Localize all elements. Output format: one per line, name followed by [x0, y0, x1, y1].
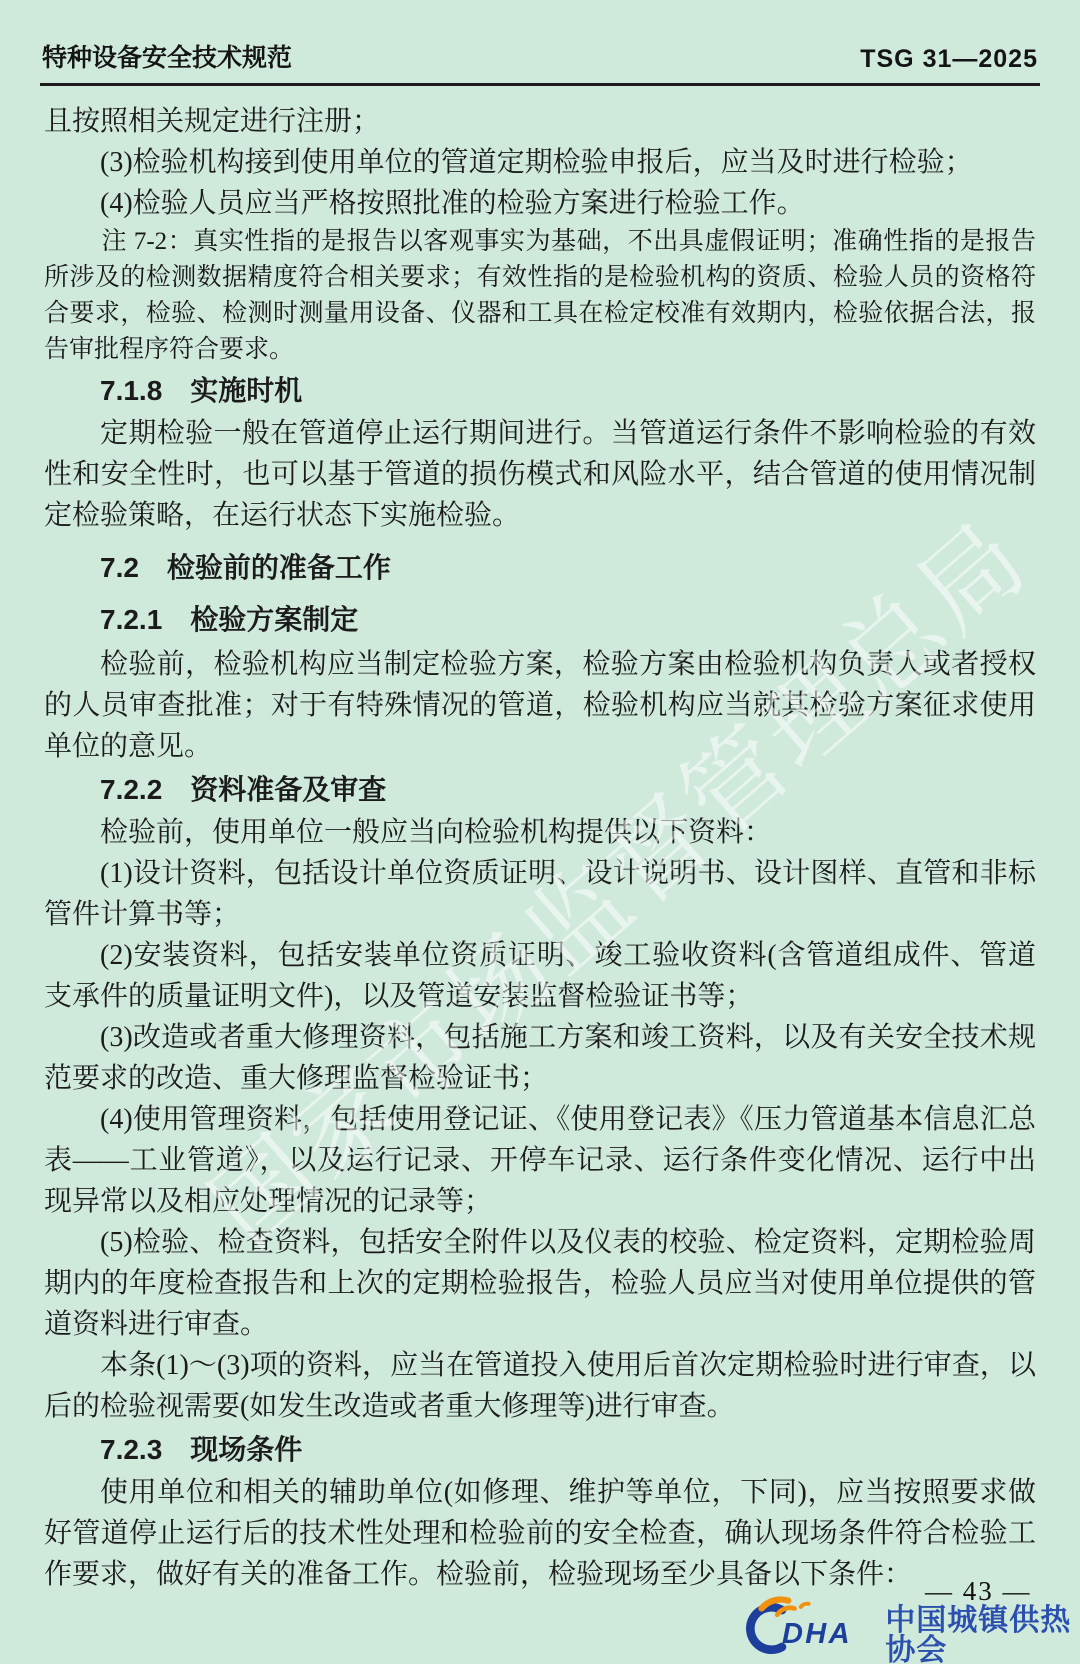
- paragraph: (1)设计资料，包括设计单位资质证明、设计说明书、设计图样、直管和非标管件计算书…: [44, 853, 1036, 935]
- document-page: 国家市场监督管理总局 特种设备安全技术规范 TSG 31—2025 且按照相关规…: [0, 0, 1080, 1664]
- paragraph: 检验前，使用单位一般应当向检验机构提供以下资料：: [44, 812, 1036, 853]
- paragraph: 检验前，检验机构应当制定检验方案，检验方案由检验机构负责人或者授权的人员审查批准…: [44, 644, 1036, 767]
- section-heading: 7.2.3 现场条件: [44, 1429, 1036, 1470]
- dha-logo-icon: DHA: [738, 1589, 879, 1661]
- paragraph: (5)检验、检查资料，包括安全附件以及仪表的校验、检定资料，定期检验周期内的年度…: [44, 1222, 1036, 1345]
- paragraph: 定期检验一般在管道停止运行期间进行。当管道运行条件不影响检验的有效性和安全性时，…: [44, 413, 1036, 536]
- section-heading: 7.2 检验前的准备工作: [44, 547, 1036, 588]
- document-body: 且按照相关规定进行注册；(3)检验机构接到使用单位的管道定期检验申报后，应当及时…: [0, 86, 1080, 1595]
- header-doc-code: TSG 31—2025: [860, 45, 1038, 74]
- paragraph: (4)检验人员应当严格按照批准的检验方案进行检验工作。: [44, 183, 1036, 224]
- paragraph: 注 7-2：真实性指的是报告以客观事实为基础，不出具虚假证明；准确性指的是报告所…: [44, 224, 1036, 368]
- section-heading: 7.2.2 资料准备及审查: [44, 769, 1036, 810]
- logo-letters: DHA: [782, 1618, 852, 1650]
- paragraph: 本条(1)～(3)项的资料，应当在管道投入使用后首次定期检验时进行审查，以后的检…: [44, 1345, 1036, 1427]
- section-heading: 7.2.1 检验方案制定: [44, 599, 1036, 640]
- header-spec-title: 特种设备安全技术规范: [42, 38, 292, 74]
- paragraph: 且按照相关规定进行注册；: [44, 101, 1036, 142]
- paragraph: (3)检验机构接到使用单位的管道定期检验申报后，应当及时进行检验；: [44, 142, 1036, 183]
- page-number: — 43 —: [925, 1576, 1032, 1607]
- paragraph: (3)改造或者重大修理资料，包括施工方案和竣工资料，以及有关安全技术规范要求的改…: [44, 1017, 1036, 1099]
- section-heading: 7.1.8 实施时机: [44, 370, 1036, 411]
- paragraph: (2)安装资料，包括安装单位资质证明、竣工验收资料(含管道组成件、管道支承件的质…: [44, 935, 1036, 1017]
- page-header: 特种设备安全技术规范 TSG 31—2025: [0, 0, 1080, 74]
- paragraph: 使用单位和相关的辅助单位(如修理、维护等单位，下同)，应当按照要求做好管道停止运…: [44, 1472, 1036, 1595]
- logo-arc-small: [801, 1604, 809, 1607]
- paragraph: (4)使用管理资料，包括使用登记证、《使用登记表》《压力管道基本信息汇总表——工…: [44, 1099, 1036, 1222]
